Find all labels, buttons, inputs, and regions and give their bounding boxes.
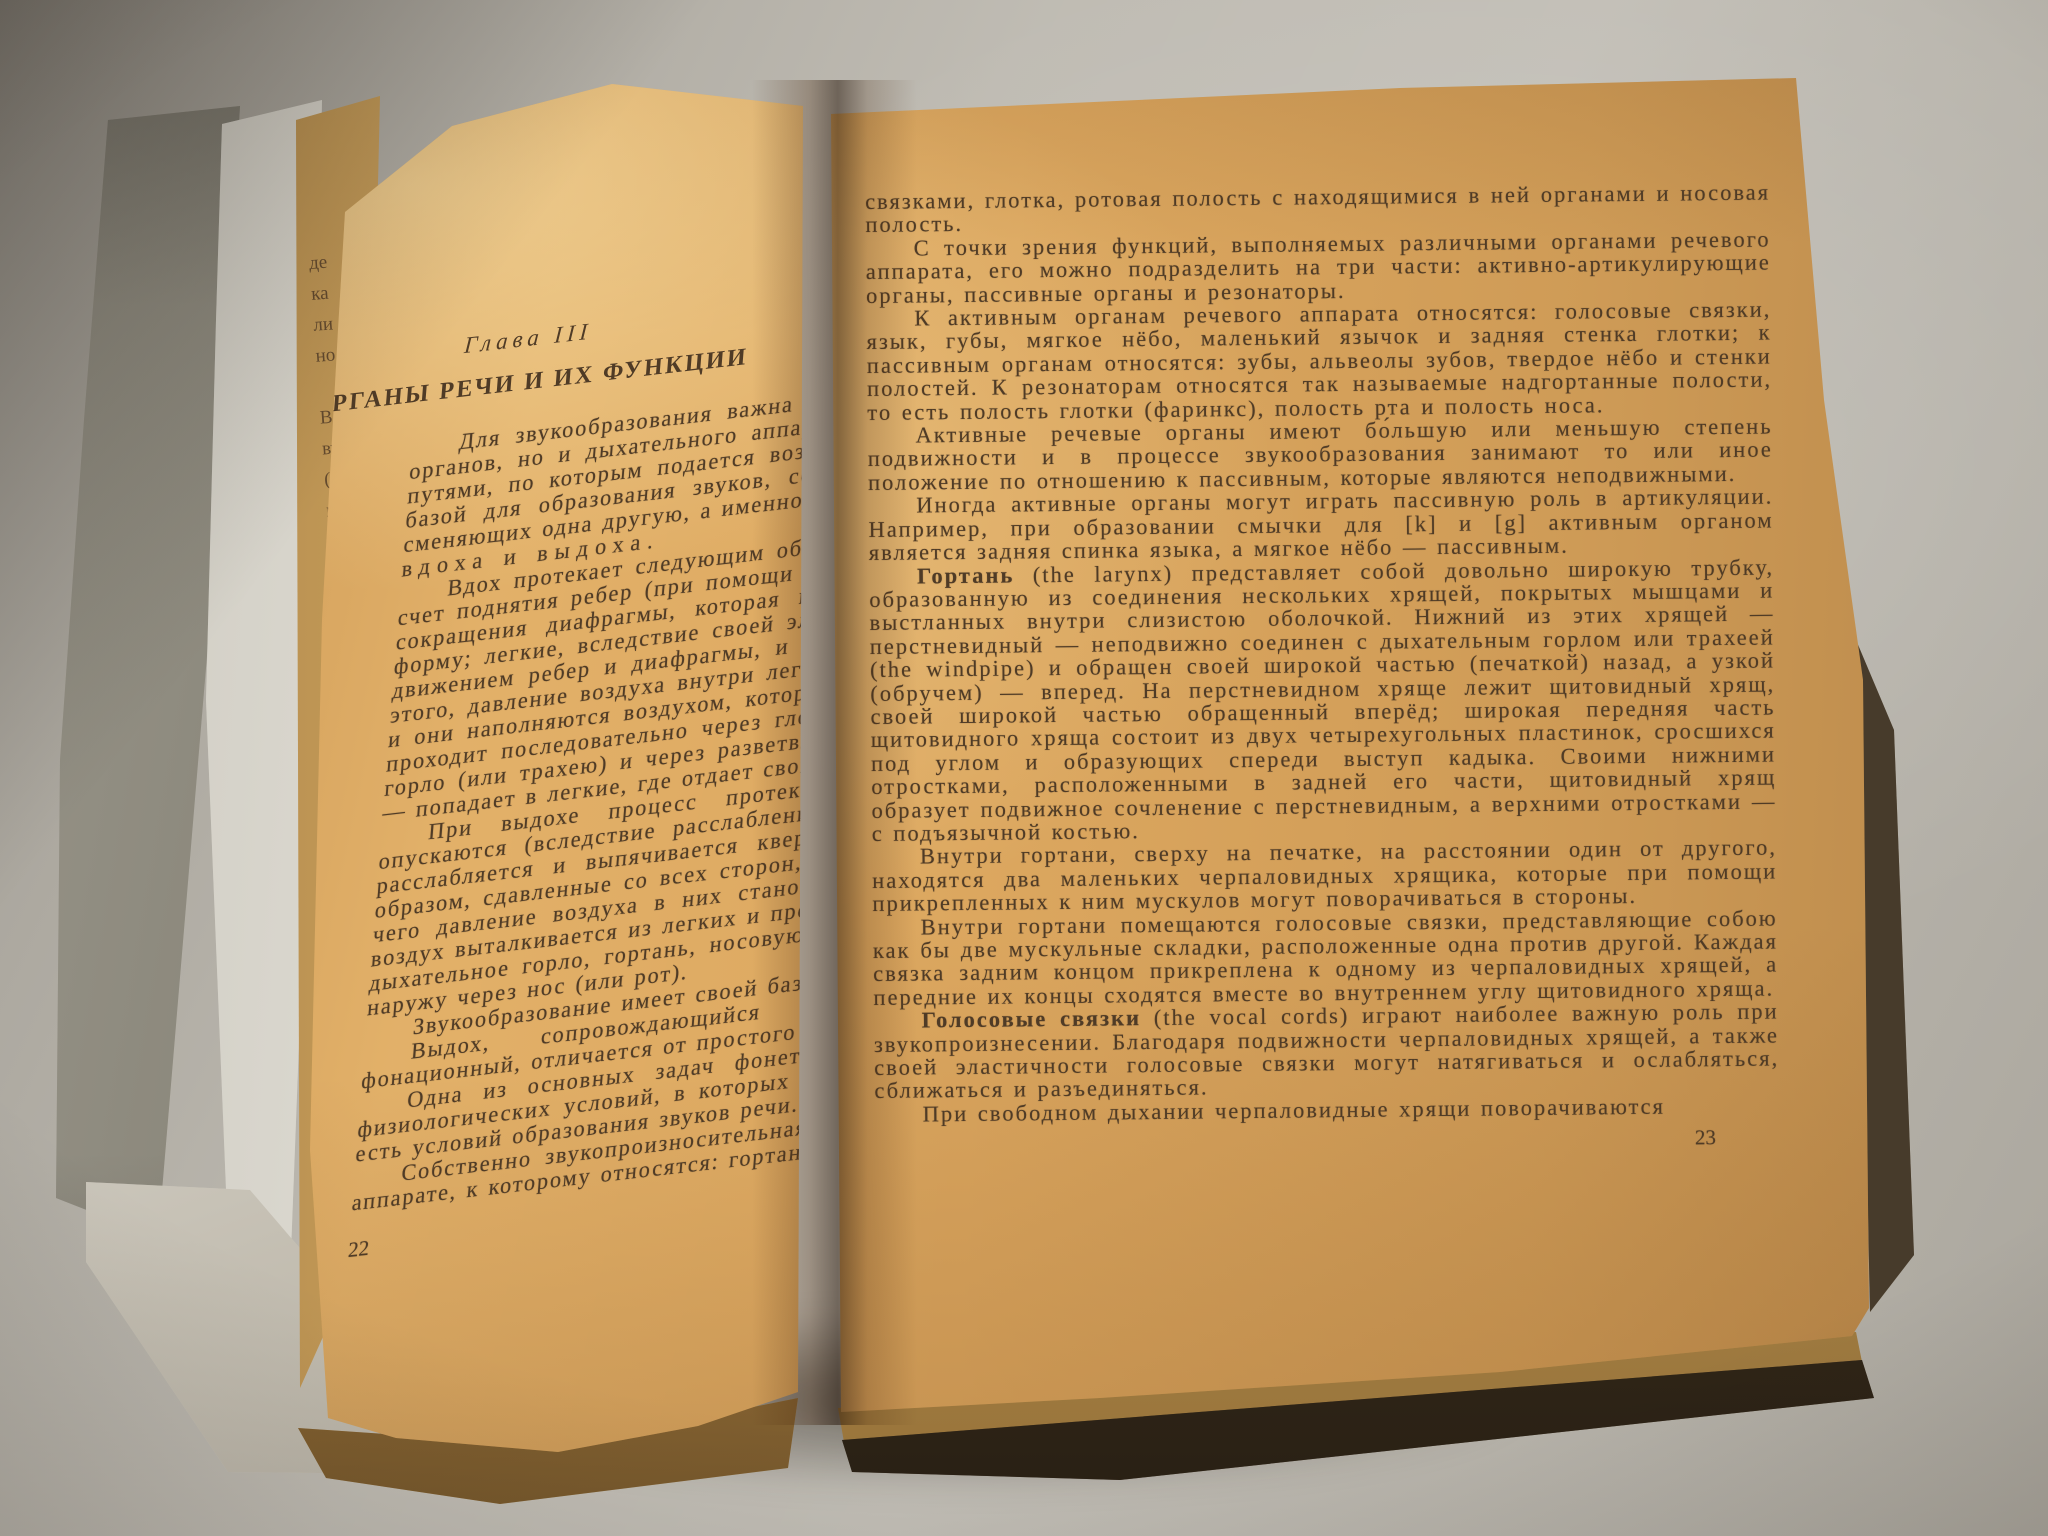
chapter-heading: Глава III ОРГАНЫ РЕЧИ И ИХ ФУНКЦИИ: [310, 301, 743, 421]
paragraph: Голосовые связки (the vocal cords) играю…: [874, 1000, 1780, 1103]
paragraph-lead: Голосовые связки: [922, 1005, 1154, 1032]
paragraph: К активным органам речевого аппарата отн…: [866, 298, 1772, 425]
paragraph-lead: Гортань: [917, 562, 1033, 588]
paragraph: Активные речевые органы имеют бо́льшую и…: [867, 415, 1773, 495]
paragraph: С точки зрения функций, выполняемых разл…: [865, 227, 1771, 307]
right-page-content: связками, глотка, ротовая полость с нахо…: [865, 181, 1780, 1160]
paragraph: Иногда активные органы могут играть пасс…: [868, 485, 1774, 565]
paragraph: Внутри гортани помещаются голосовые связ…: [873, 906, 1779, 1009]
paragraph: Гортань (the larynx) представляет собой …: [869, 555, 1777, 845]
paragraph: Внутри гортани, сверху на печатке, на ра…: [872, 836, 1778, 916]
right-page-number: 23: [875, 1125, 1780, 1159]
right-page-text: связками, глотка, ротовая полость с нахо…: [865, 181, 1780, 1127]
photo-frame: де ка ли но В. ву (т и о в х п н з Глава…: [0, 0, 2048, 1536]
